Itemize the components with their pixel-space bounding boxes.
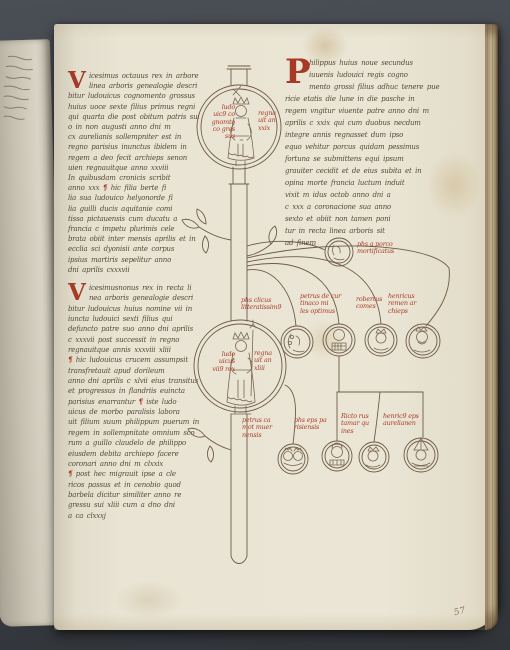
drop-cap-initial: P <box>285 57 309 93</box>
right-column-paragraph: P hilippus huius noue secundusiuuenis lu… <box>285 57 471 249</box>
facing-page-marginalia <box>0 50 36 140</box>
manuscript-text-lines: hilippus huius noue secundusiuuenis ludo… <box>285 57 471 249</box>
drop-cap-initial: V <box>68 71 89 91</box>
manuscript-text-lines: icesimus octauus rex in arborelinea arbo… <box>68 71 228 275</box>
left-column-paragraph-2: V icesimusnonus rex in recta linea arbor… <box>68 283 228 521</box>
manuscript-text-lines: icesimusnonus rex in recta linea arboris… <box>68 283 228 521</box>
page-fore-edge <box>485 24 498 630</box>
drop-cap-initial: V <box>68 283 89 303</box>
left-column-paragraph-1: V icesimus octauus rex in arborelinea ar… <box>68 71 228 275</box>
book-page: V icesimus octauus rex in arborelinea ar… <box>54 24 498 630</box>
manuscript-photo: V icesimus octauus rex in arborelinea ar… <box>0 0 510 650</box>
